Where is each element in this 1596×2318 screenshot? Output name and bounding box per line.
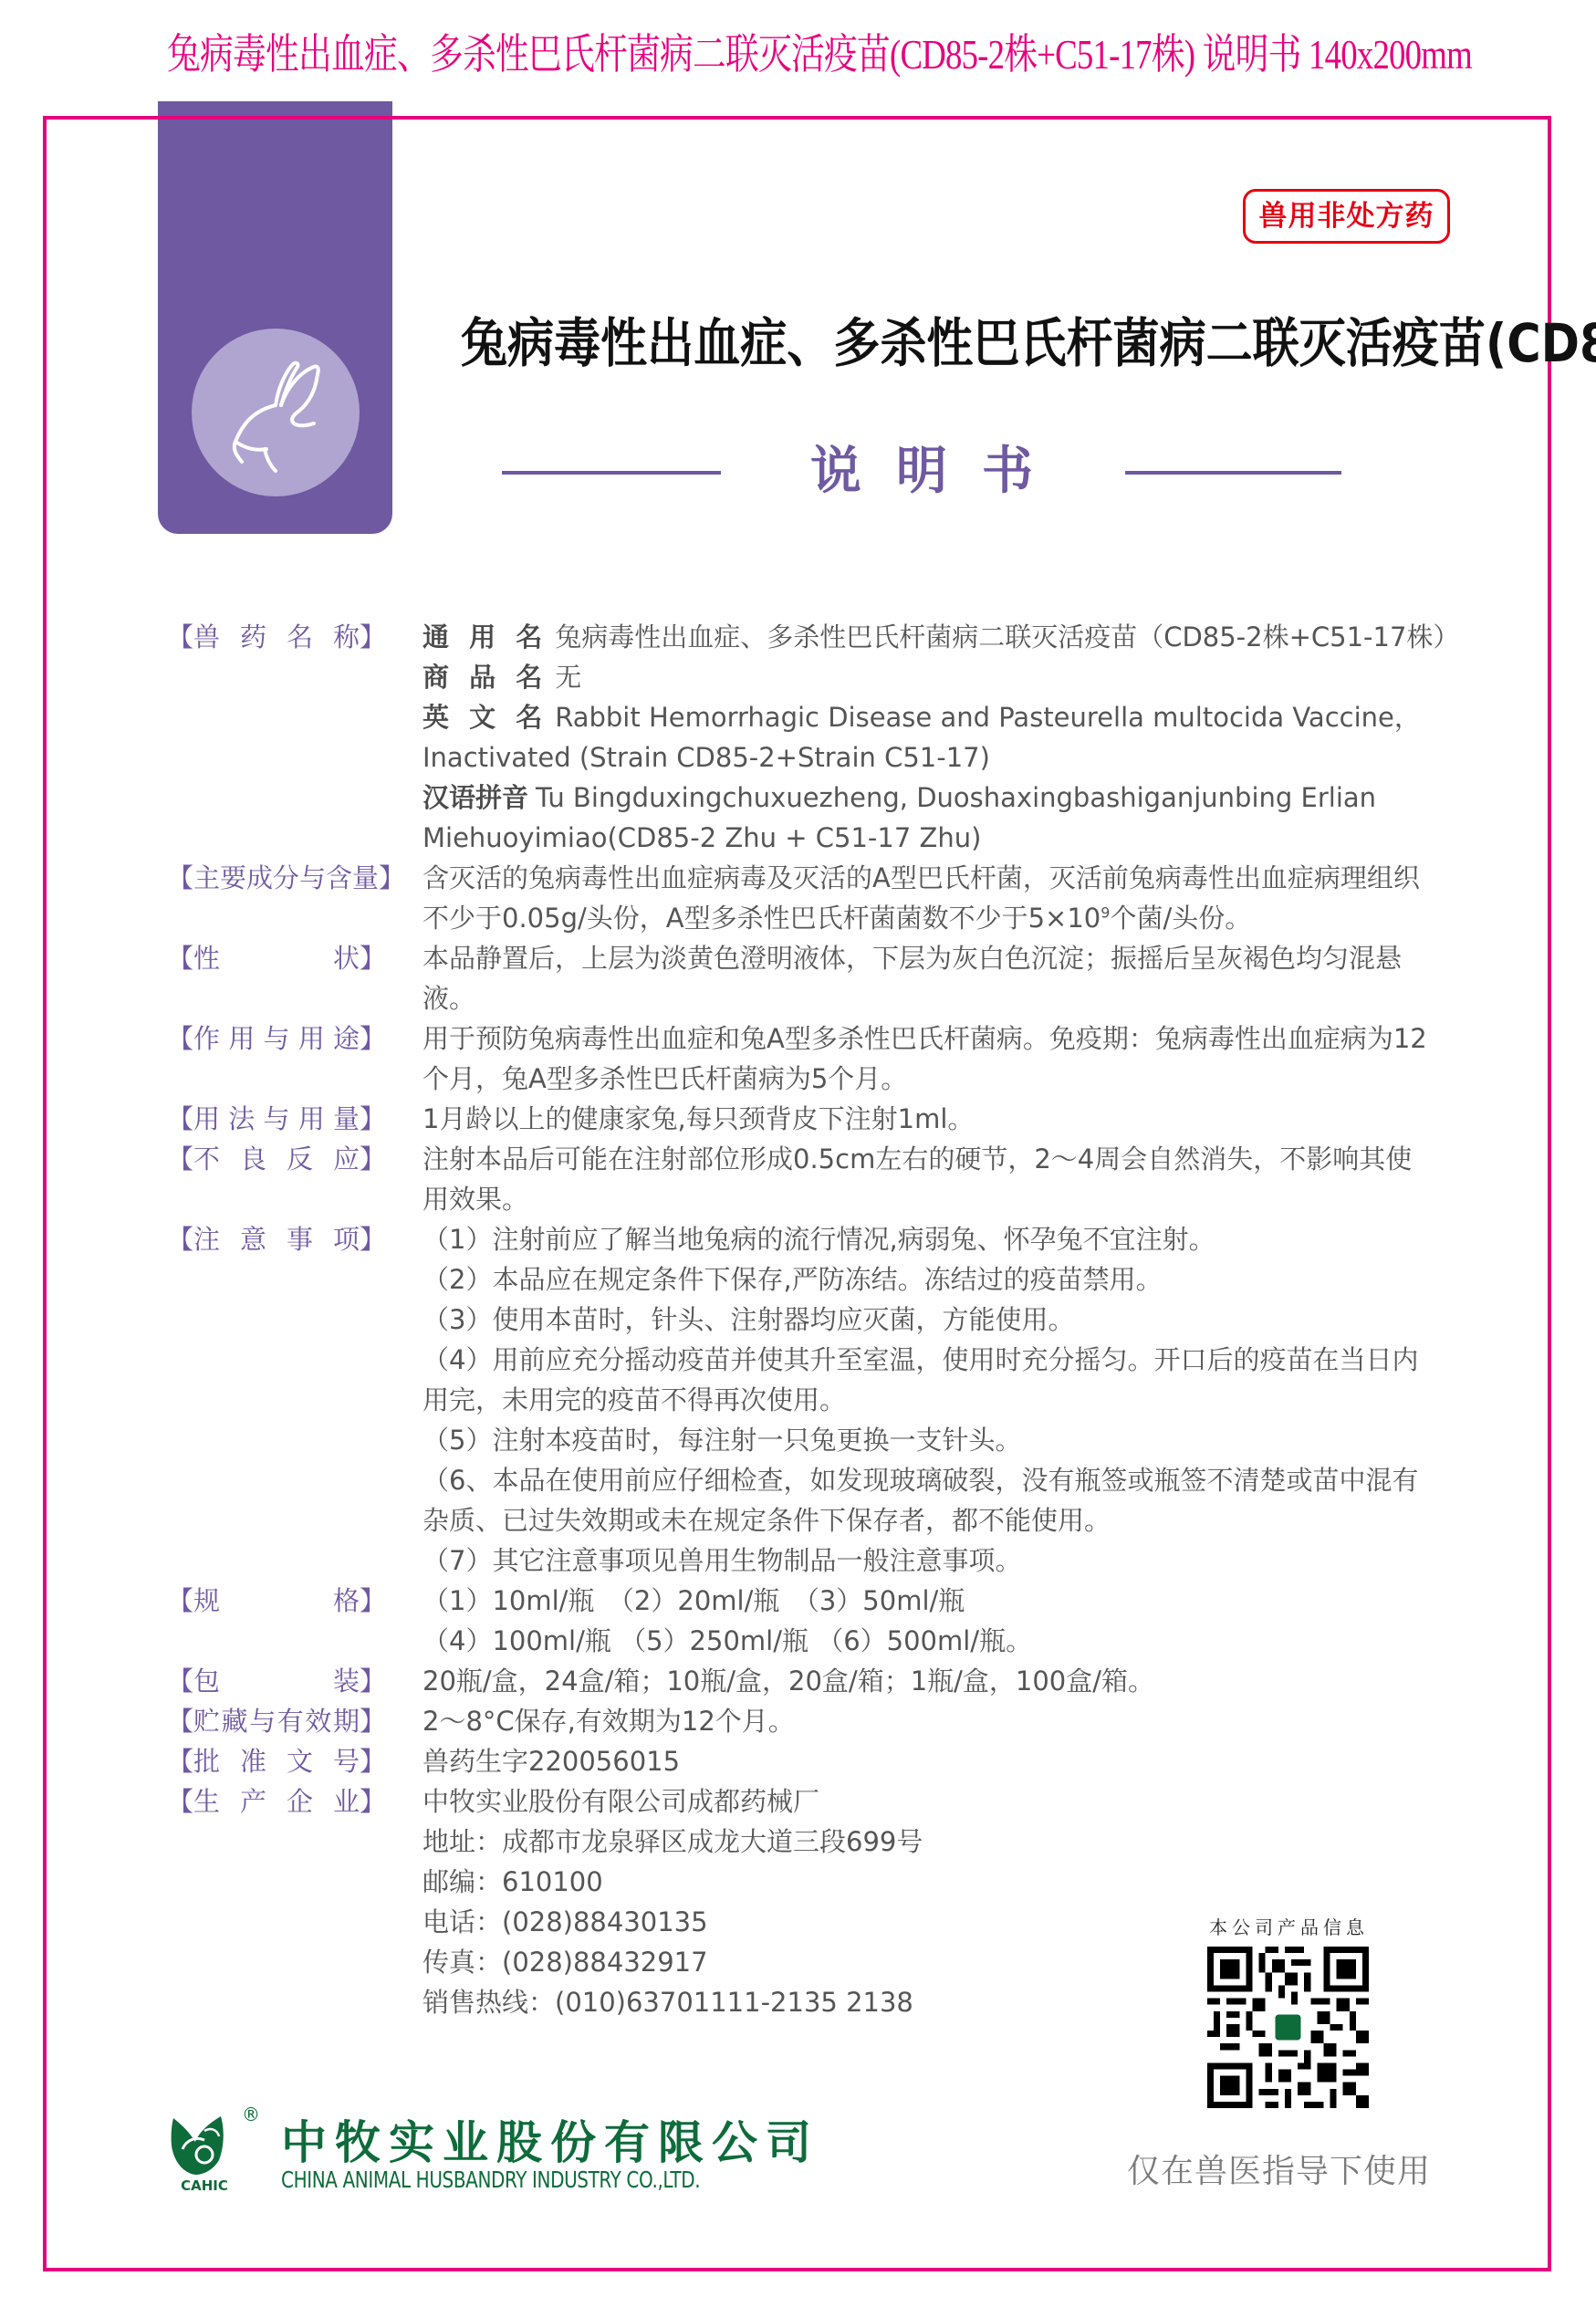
pinyin-line-2: Miehuoyimiao(CD85-2 Zhu + C51-17 Zhu) bbox=[422, 818, 981, 858]
dosage-line-1: 1月龄以上的健康家兔,每只颈背皮下注射1ml。 bbox=[422, 1099, 974, 1139]
precaution-line-6: （6、本品在使用前应仔细检查，如发现玻璃破裂，没有瓶签或瓶签不清楚或苗中混有 bbox=[422, 1460, 1418, 1500]
precaution-line-2: （2）本品应在规定条件下保存,严防冻结。冻结过的疫苗禁用。 bbox=[422, 1259, 1163, 1300]
manufacturer-fax: 传真：(028)88432917 bbox=[422, 1942, 708, 1982]
manufacturer-address: 地址：成都市龙泉驿区成龙大道三段699号 bbox=[422, 1822, 923, 1862]
qr-code[interactable] bbox=[1207, 1947, 1369, 2108]
section-label-storage: 【贮藏与有效期】 bbox=[167, 1701, 386, 1741]
trade-name-value: 无 bbox=[555, 662, 581, 693]
trade-name-key: 商 品 名 bbox=[422, 662, 548, 693]
product-title-text: 兔病毒性出血症、多杀性巴氏杆菌病二联灭活疫苗(CD85-2株+C51-17株) bbox=[461, 307, 1596, 380]
document-file-heading: 兔病毒性出血症、多杀性巴氏杆菌病二联灭活疫苗(CD85-2株+C51-17株) … bbox=[167, 31, 1472, 78]
precaution-line-4b: 用完，未用完的疫苗不得再次使用。 bbox=[422, 1380, 846, 1420]
adverse-line-1: 注射本品后可能在注射部位形成0.5cm左右的硬节，2～4周会自然消失，不影响其使 bbox=[422, 1139, 1412, 1179]
precaution-line-5: （5）注射本疫苗时，每注射一只兔更换一支针头。 bbox=[422, 1420, 1021, 1460]
adverse-line-2: 用效果。 bbox=[422, 1179, 528, 1219]
pinyin-key: 汉语拼音 bbox=[422, 782, 528, 813]
approval-number-line: 兽药生字220056015 bbox=[422, 1741, 680, 1781]
composition-line-2: 不少于0.05g/头份，A型多杀性巴氏杆菌菌数不少于5×109个菌/头份。 bbox=[422, 898, 1251, 938]
company-name-en: CHINA ANIMAL HUSBANDRY INDUSTRY CO.,LTD. bbox=[281, 2168, 700, 2192]
rabbit-icon bbox=[192, 329, 360, 496]
company-logo bbox=[168, 2113, 239, 2177]
section-label-precautions: 【注意事项】 bbox=[167, 1219, 386, 1259]
vet-guidance-note: 仅在兽医指导下使用 bbox=[1127, 2150, 1431, 2194]
generic-name-key: 通 用 名 bbox=[422, 621, 548, 653]
section-label-composition: 【主要成分与含量】 bbox=[167, 858, 386, 898]
qr-code-label: 本公司产品信息 bbox=[1205, 1915, 1373, 1940]
manufacturer-phone: 电话：(028)88430135 bbox=[422, 1902, 708, 1942]
manufacturer-postcode: 邮编：610100 bbox=[422, 1862, 603, 1902]
english-name-key: 英 文 名 bbox=[422, 702, 548, 733]
section-label-indications: 【作用与用途】 bbox=[167, 1018, 386, 1059]
cahic-logo-text: CAHIC bbox=[166, 2177, 243, 2194]
section-label-manufacturer: 【生产企业】 bbox=[167, 1781, 386, 1822]
section-label-specification: 【规格】 bbox=[167, 1581, 386, 1621]
appearance-line-1: 本品静置后，上层为淡黄色澄明液体，下层为灰白色沉淀；振摇后呈灰褐色均匀混悬 bbox=[422, 938, 1402, 978]
precaution-line-6b: 杂质、已过失效期或未在规定条件下保存者，都不能使用。 bbox=[422, 1500, 1111, 1540]
section-label-approval-number: 【批准文号】 bbox=[167, 1741, 386, 1781]
section-label-appearance: 【性状】 bbox=[167, 938, 386, 978]
section-label-adverse-reactions: 【不良反应】 bbox=[167, 1139, 386, 1179]
manufacturer-sales-hotline: 销售热线：(010)63701111-2135 2138 bbox=[422, 1982, 913, 2022]
appearance-line-2: 液。 bbox=[422, 978, 475, 1018]
company-name-cn: 中牧实业股份有限公司 bbox=[281, 2115, 819, 2170]
section-label-dosage: 【用法与用量】 bbox=[167, 1099, 386, 1139]
subtitle-rule-right bbox=[1125, 471, 1341, 475]
generic-name-value: 兔病毒性出血症、多杀性巴氏杆菌病二联灭活疫苗（CD85-2株+C51-17株） bbox=[555, 621, 1459, 653]
frame-top-line bbox=[158, 116, 392, 120]
otc-vet-drug-badge: 兽用非处方药 bbox=[1243, 189, 1450, 244]
subtitle: 说明书 bbox=[712, 442, 1132, 502]
specification-line-2: （4）100ml/瓶 （5）250ml/瓶 （6）500ml/瓶。 bbox=[422, 1621, 1032, 1661]
english-name-line: 英 文 名Rabbit Hemorrhagic Disease and Past… bbox=[422, 697, 1421, 737]
section-label-drug-name: 【兽药名称】 bbox=[167, 617, 386, 657]
storage-line-1: 2～8°C保存,有效期为12个月。 bbox=[422, 1701, 795, 1741]
composition-line-1: 含灭活的兔病毒性出血症病毒及灭活的A型巴氏杆菌，灭活前兔病毒性出血症病理组织 bbox=[422, 858, 1420, 898]
precaution-line-3: （3）使用本苗时，针头、注射器均应灭菌，方能使用。 bbox=[422, 1300, 1074, 1340]
generic-name-line: 通 用 名兔病毒性出血症、多杀性巴氏杆菌病二联灭活疫苗（CD85-2株+C51-… bbox=[422, 617, 1459, 657]
pinyin-line: 汉语拼音Tu Bingduxingchuxuezheng, Duoshaxing… bbox=[422, 778, 1376, 818]
trade-name-line: 商 品 名无 bbox=[422, 657, 581, 697]
subtitle-rule-left bbox=[502, 471, 721, 475]
indications-line-2: 个月，兔A型多杀性巴氏杆菌病为5个月。 bbox=[422, 1059, 907, 1099]
registered-mark: ® bbox=[242, 2104, 260, 2125]
qr-code-icon bbox=[1207, 1947, 1369, 2108]
english-name-line-2: Inactivated (Strain CD85-2+Strain C51-17… bbox=[422, 737, 990, 778]
product-title: 兔病毒性出血症、多杀性巴氏杆菌病二联灭活疫苗(CD85-2株+C51-17株) bbox=[461, 307, 1382, 380]
english-name-value: Rabbit Hemorrhagic Disease and Pasteurel… bbox=[555, 702, 1421, 733]
precaution-line-4: （4）用前应充分摇动疫苗并使其升至室温，使用时充分摇匀。开口后的疫苗在当日内 bbox=[422, 1340, 1418, 1380]
manufacturer-name: 中牧实业股份有限公司成都药械厂 bbox=[422, 1781, 819, 1822]
rabbit-icon-circle bbox=[192, 329, 360, 496]
section-label-packaging: 【包装】 bbox=[167, 1661, 386, 1701]
precaution-line-1: （1）注射前应了解当地兔病的流行情况,病弱兔、怀孕兔不宜注射。 bbox=[422, 1219, 1215, 1259]
packaging-line-1: 20瓶/盒，24盒/箱；10瓶/盒，20盒/箱；1瓶/盒，100盒/箱。 bbox=[422, 1661, 1154, 1701]
pinyin-value: Tu Bingduxingchuxuezheng, Duoshaxingbash… bbox=[536, 782, 1376, 813]
specification-line-1: （1）10ml/瓶 （2）20ml/瓶 （3）50ml/瓶 bbox=[422, 1581, 965, 1621]
cahic-logo-icon bbox=[168, 2113, 239, 2177]
precaution-line-7: （7）其它注意事项见兽用生物制品一般注意事项。 bbox=[422, 1540, 1021, 1581]
indications-line-1: 用于预防兔病毒性出血症和兔A型多杀性巴氏杆菌病。免疫期：兔病毒性出血症病为12 bbox=[422, 1018, 1427, 1059]
